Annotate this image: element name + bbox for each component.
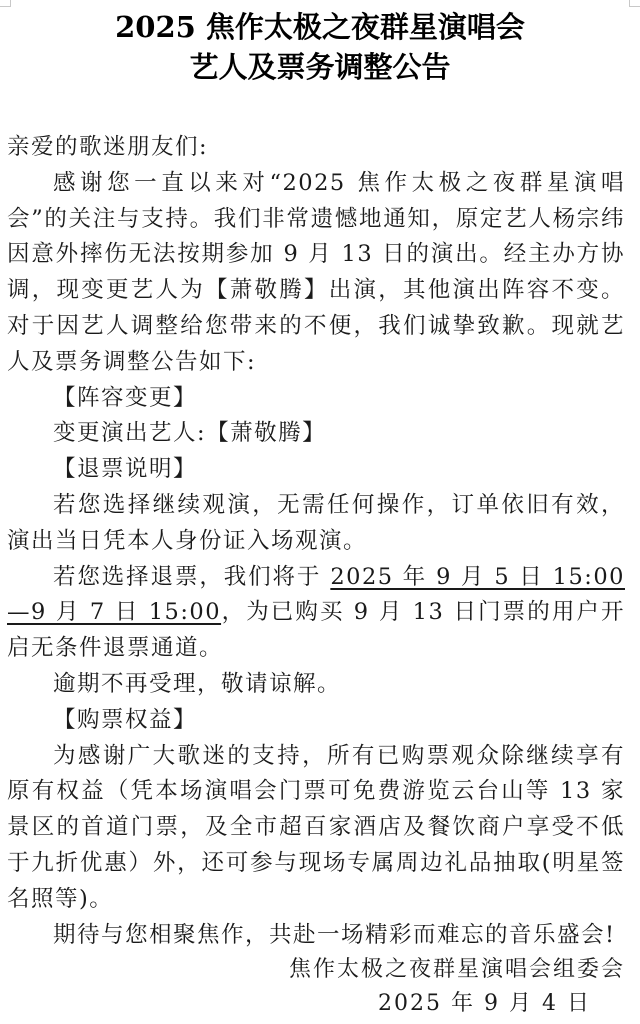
- continue-attendance-paragraph: 若您选择继续观演，无需任何操作，订单依旧有效，演出当日凭本人身份证入场观演。: [7, 488, 625, 560]
- intro-paragraph: 感谢您一直以来对“2025 焦作太极之夜群星演唱会”的关注与支持。我们非常遗憾地…: [7, 166, 625, 381]
- section-heading-refund: 【退票说明】: [7, 452, 625, 488]
- lineup-change-line: 变更演出艺人:【萧敬腾】: [7, 416, 625, 452]
- announcement-subtitle: 艺人及票务调整公告: [0, 48, 640, 86]
- refund-window-paragraph: 若您选择退票，我们将于 2025 年 9 月 5 日 15:00—9 月 7 日…: [7, 560, 625, 667]
- signature-date: 2025 年 9 月 4 日: [378, 987, 591, 1021]
- page-corner-mark-left: [0, 0, 11, 7]
- closing-paragraph: 期待与您相聚焦作，共赴一场精彩而难忘的音乐盛会!: [7, 918, 625, 954]
- salutation: 亲爱的歌迷朋友们:: [7, 130, 625, 166]
- refund-text-before: 若您选择退票，我们将于: [53, 564, 330, 590]
- page-corner-mark-right: [629, 0, 640, 7]
- section-heading-lineup: 【阵容变更】: [7, 381, 625, 417]
- section-heading-benefits: 【购票权益】: [7, 703, 625, 739]
- signature-organization: 焦作太极之夜群星演唱会组委会: [289, 953, 625, 987]
- deadline-notice: 逾期不再受理，敬请谅解。: [7, 667, 625, 703]
- announcement-body: 亲爱的歌迷朋友们: 感谢您一直以来对“2025 焦作太极之夜群星演唱会”的关注与…: [7, 130, 625, 953]
- announcement-title: 2025 焦作太极之夜群星演唱会: [0, 8, 640, 46]
- benefits-paragraph: 为感谢广大歌迷的支持，所有已购票观众除继续享有原有权益（凭本场演唱会门票可免费游…: [7, 739, 625, 918]
